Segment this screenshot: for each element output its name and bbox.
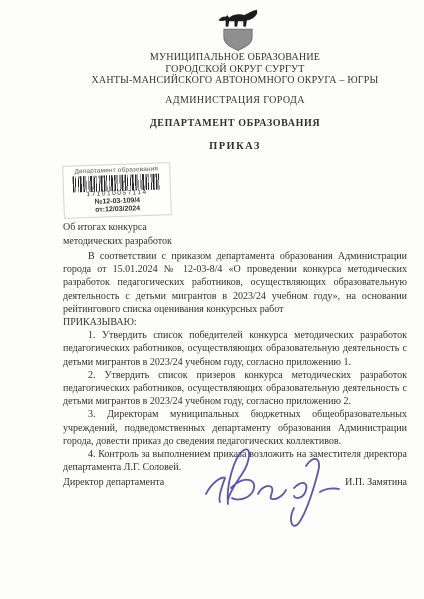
order-item-1: 1. Утвердить список победителей конкурса…	[63, 329, 407, 369]
org-line-3: ХАНТЫ-МАНСИЙСКОГО АВТОНОМНОГО ОКРУГА – Ю…	[63, 75, 407, 87]
fox-icon	[219, 10, 258, 27]
org-line-2: ГОРОДСКОЙ ОКРУГ СУРГУТ	[63, 64, 407, 76]
order-document-page: МУНИЦИПАЛЬНОЕ ОБРАЗОВАНИЕ ГОРОДСКОЙ ОКРУ…	[0, 0, 424, 599]
document-type-title: ПРИКАЗ	[63, 141, 407, 152]
handwritten-signature-icon	[198, 436, 348, 532]
administration-line: АДМИНИСТРАЦИЯ ГОРОДА	[63, 95, 407, 106]
subject-line-2: методических разработок	[63, 235, 263, 249]
order-item-2: 2. Утвердить список призеров конкурса ме…	[63, 369, 407, 409]
shield-icon	[224, 29, 252, 50]
intro-paragraph: В соответствии с приказом департамента о…	[63, 250, 407, 316]
org-line-1: МУНИЦИПАЛЬНОЕ ОБРАЗОВАНИЕ	[63, 52, 407, 64]
order-subject: Об итогах конкурса методических разработ…	[63, 221, 263, 248]
registration-stamp: Департамент образования 171010057114 №12…	[62, 162, 172, 219]
surgut-fox-shield-emblem	[216, 8, 260, 54]
subject-line-1: Об итогах конкурса	[63, 221, 263, 235]
department-line: ДЕПАРТАМЕНТ ОБРАЗОВАНИЯ	[63, 118, 407, 129]
resolve-word: ПРИКАЗЫВАЮ:	[63, 316, 407, 329]
municipality-header: МУНИЦИПАЛЬНОЕ ОБРАЗОВАНИЕ ГОРОДСКОЙ ОКРУ…	[63, 52, 407, 87]
